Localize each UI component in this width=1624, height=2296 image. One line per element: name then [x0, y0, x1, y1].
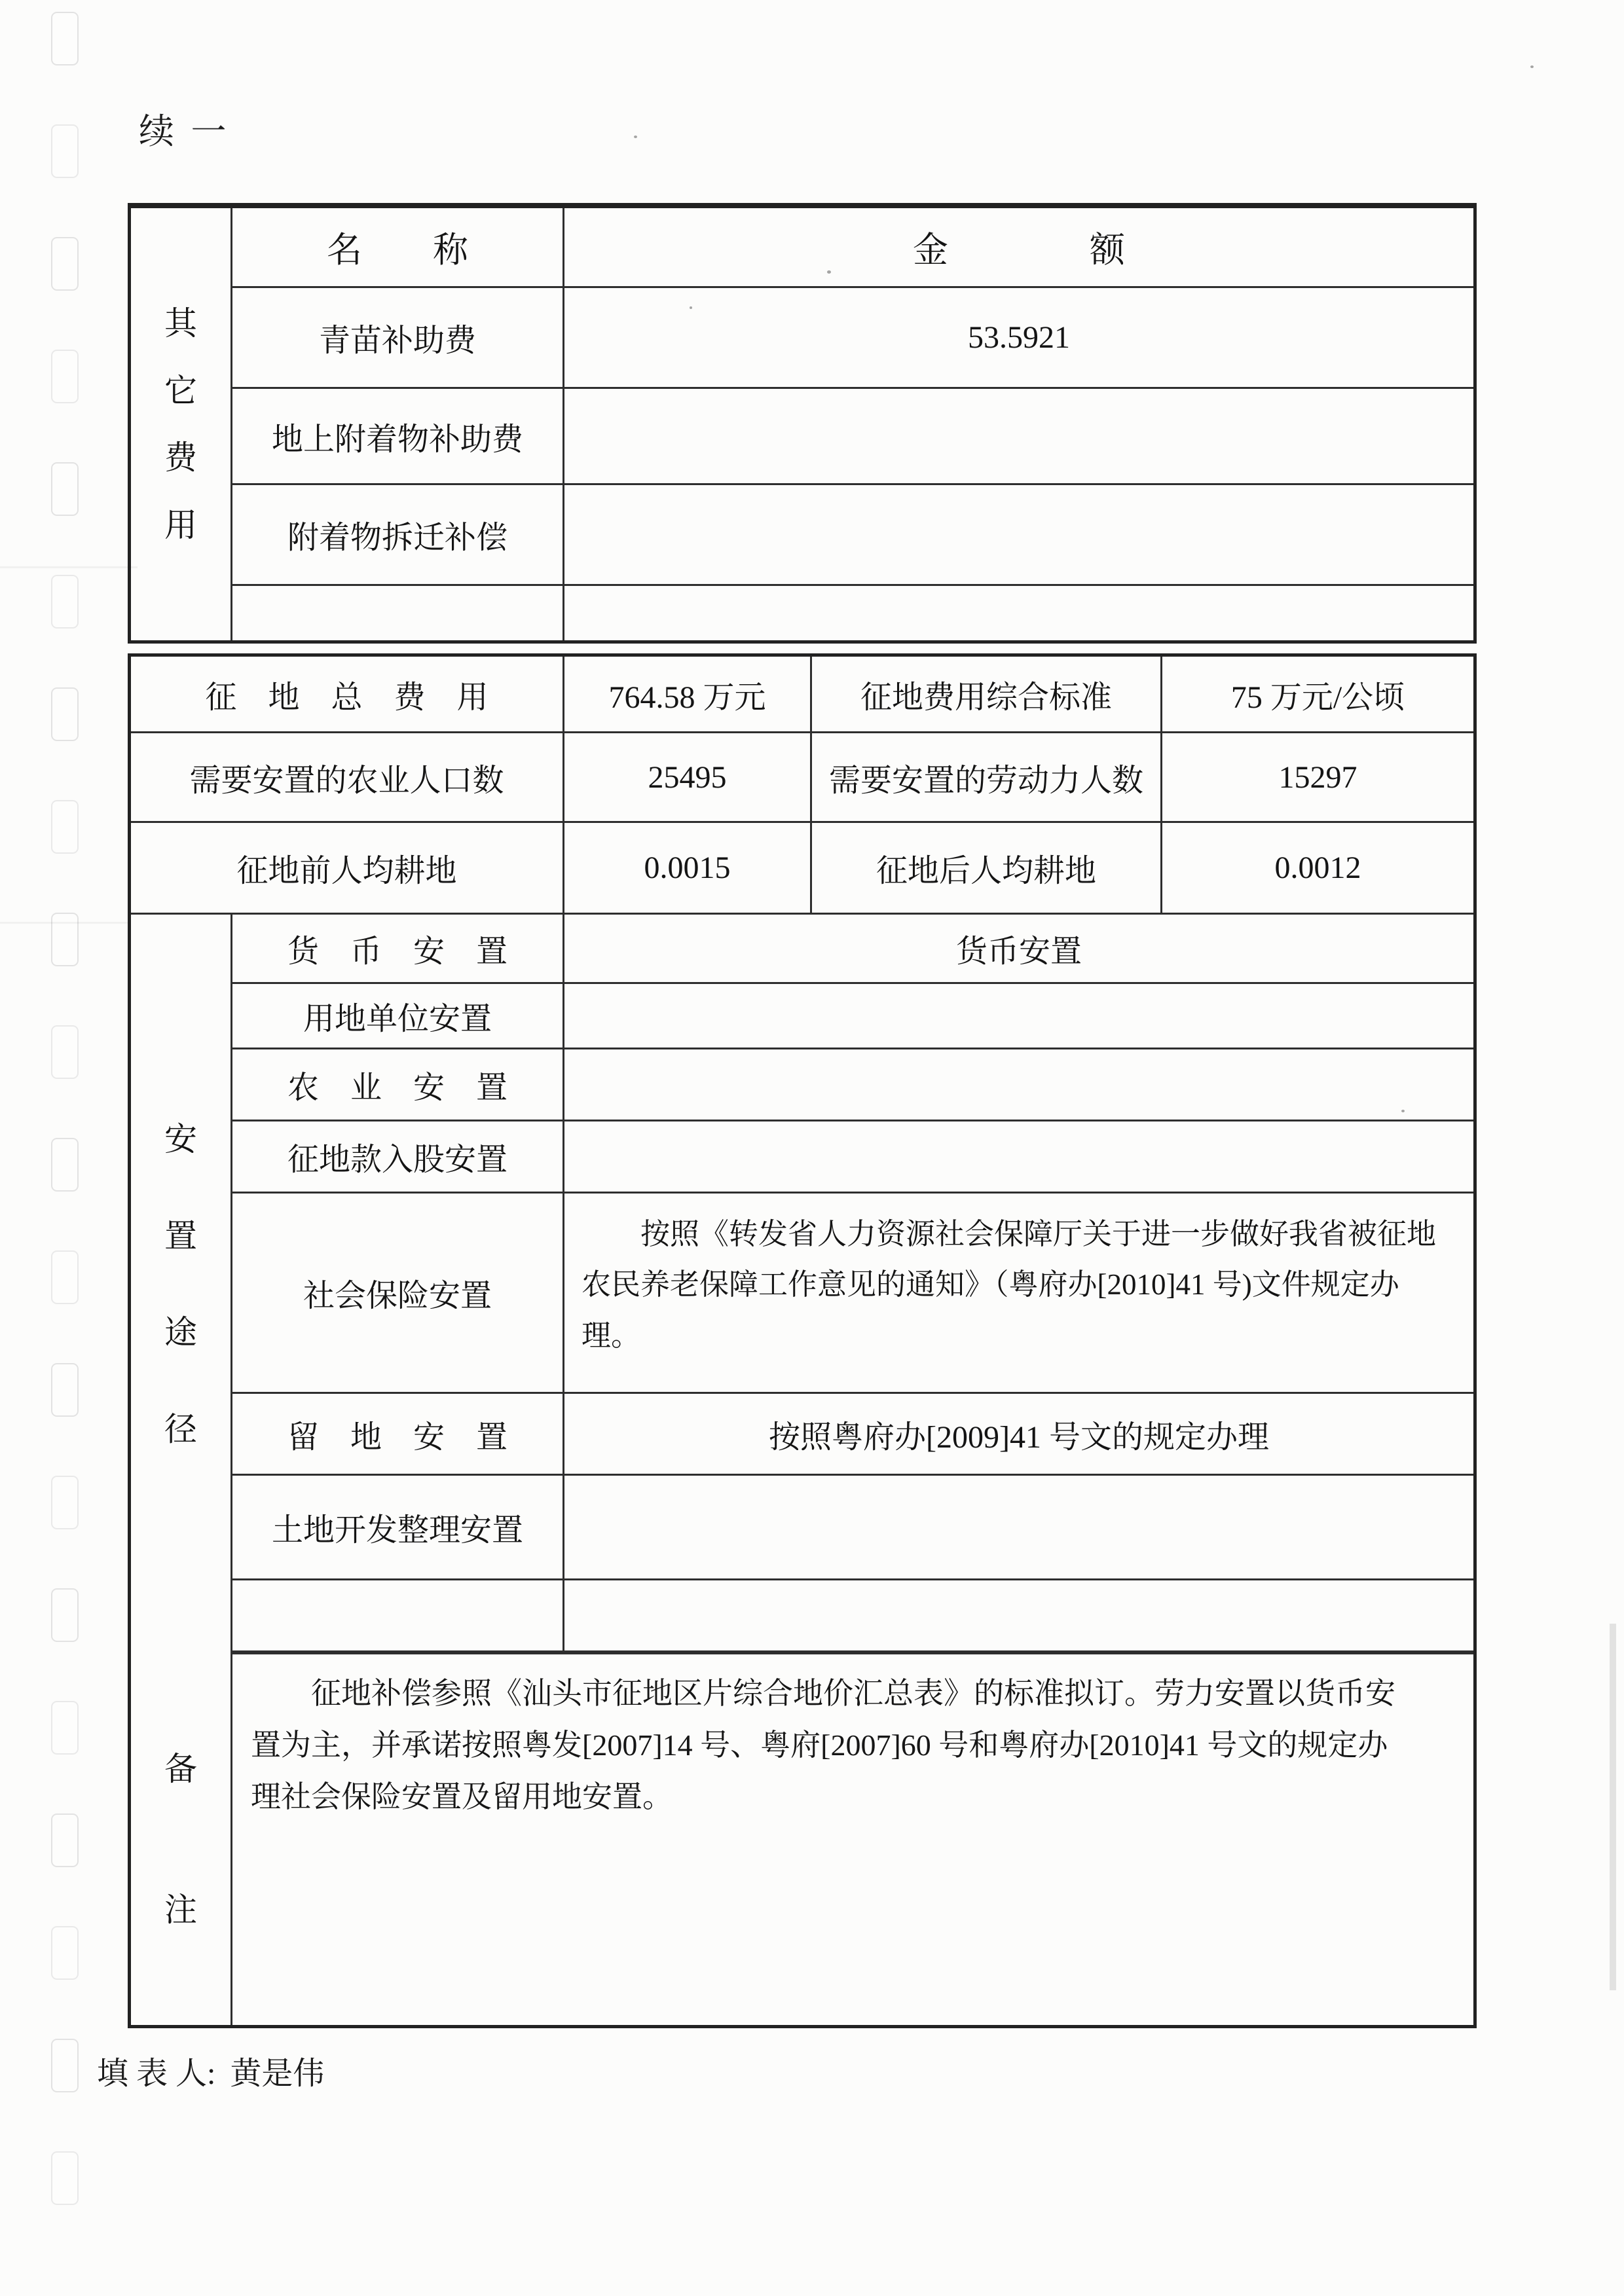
punch-mark [51, 350, 79, 403]
summary-label-cell: 征地后人均耕地 [812, 823, 1162, 913]
scan-streak [0, 566, 138, 568]
punch-mark [51, 237, 79, 291]
resettlement-rows: 货 币 安 置 货币安置 用地单位安置 农 业 安 置 征地款入股安置 社会保险… [232, 915, 1473, 1654]
resettle-row: 留 地 安 置 按照粤府办[2009]41 号文的规定办理 [232, 1394, 1473, 1476]
summary-value-cell: 0.0015 [564, 823, 812, 913]
remarks-text: 征地补偿参照《汕头市征地区片综合地价汇总表》的标准拟订。劳力安置以货币安置为主，… [232, 1654, 1473, 1829]
filler-label: 填 表 人: [97, 2048, 215, 2093]
punch-mark [51, 575, 79, 629]
remarks-body: 征地补偿参照《汕头市征地区片综合地价汇总表》的标准拟订。劳力安置以货币安置为主，… [232, 1654, 1473, 2025]
scan-speck [1530, 65, 1534, 68]
resettle-row [232, 1580, 1473, 1652]
punch-mark [51, 2039, 79, 2092]
summary-label-cell: 征 地 总 费 用 [131, 657, 564, 731]
resettle-value-cell: 按照粤府办[2009]41 号文的规定办理 [564, 1394, 1473, 1474]
resettle-label-cell: 农 业 安 置 [232, 1049, 564, 1120]
summary-value-cell: 0.0012 [1162, 823, 1473, 913]
punch-mark [51, 800, 79, 854]
resettle-row: 用地单位安置 [232, 984, 1473, 1049]
page-continuation-note: 续 一 [139, 103, 231, 154]
punch-mark [51, 1476, 79, 1529]
fee-row [232, 586, 1473, 640]
resettle-row: 征地款入股安置 [232, 1121, 1473, 1194]
summary-row: 需要安置的农业人口数 25495 需要安置的劳动力人数 15297 [131, 733, 1473, 823]
fee-amount-cell [564, 389, 1473, 483]
scanned-form-page: 续 一 其它费用 名 称 金 额 青苗补助费 53.5921 地上附着物补助费 … [0, 0, 1624, 2296]
punch-mark [51, 124, 79, 178]
fee-row: 地上附着物补助费 [232, 389, 1473, 485]
punch-mark [51, 1926, 79, 1980]
remarks-section: 备注 征地补偿参照《汕头市征地区片综合地价汇总表》的标准拟订。劳力安置以货币安置… [131, 1654, 1473, 2025]
resettle-row: 土地开发整理安置 [232, 1476, 1473, 1580]
fee-name-cell: 地上附着物补助费 [232, 389, 564, 483]
other-fees-header-row: 名 称 金 额 [232, 208, 1473, 288]
summary-value-cell: 75 万元/公顷 [1162, 657, 1473, 731]
punch-mark [51, 1701, 79, 1755]
summary-label-cell: 征地费用综合标准 [812, 657, 1162, 731]
punch-mark [51, 462, 79, 516]
header-amount-cell: 金 额 [564, 208, 1473, 286]
summary-row: 征 地 总 费 用 764.58 万元 征地费用综合标准 75 万元/公顷 [131, 657, 1473, 733]
fee-amount-cell [564, 485, 1473, 584]
punch-mark [51, 1813, 79, 1867]
resettle-value-cell: 货币安置 [564, 915, 1473, 982]
summary-label-cell: 需要安置的劳动力人数 [812, 733, 1162, 821]
remarks-group-label: 备注 [164, 1699, 197, 1980]
summary-value-cell: 764.58 万元 [564, 657, 812, 731]
summary-label-cell: 征地前人均耕地 [131, 823, 564, 913]
filler-name: 黄是伟 [230, 2048, 324, 2093]
resettle-value-cell [564, 1121, 1473, 1192]
resettle-label-cell: 土地开发整理安置 [232, 1476, 564, 1578]
resettle-value-cell [564, 1580, 1473, 1650]
scan-speck [634, 136, 637, 138]
fee-name-cell: 附着物拆迁补偿 [232, 485, 564, 584]
punch-mark [51, 1588, 79, 1642]
resettle-label-cell: 征地款入股安置 [232, 1121, 564, 1192]
punch-mark [51, 1138, 79, 1192]
punch-mark [51, 12, 79, 65]
resettlement-group-cell: 安置途径 [131, 915, 232, 1654]
form-filler-line: 填 表 人: 黄是伟 [97, 2048, 324, 2093]
resettle-row: 货 币 安 置 货币安置 [232, 915, 1473, 984]
punch-mark [51, 913, 79, 966]
scan-streak [0, 922, 128, 924]
summary-value-cell: 25495 [564, 733, 812, 821]
other-fees-table: 其它费用 名 称 金 额 青苗补助费 53.5921 地上附着物补助费 附着物拆… [128, 203, 1477, 644]
summary-row: 征地前人均耕地 0.0015 征地后人均耕地 0.0012 [131, 823, 1473, 915]
resettle-value-cell [564, 984, 1473, 1048]
resettle-label-cell: 留 地 安 置 [232, 1394, 564, 1474]
resettle-value-paragraph: 按照《转发省人力资源社会保障厅关于进一步做好我省被征地农民养老保障工作意见的通知… [564, 1194, 1473, 1368]
summary-label-cell: 需要安置的农业人口数 [131, 733, 564, 821]
other-fees-group-cell: 其它费用 [131, 208, 232, 640]
resettlement-section: 安置途径 货 币 安 置 货币安置 用地单位安置 农 业 安 置 征地款入股安置 [131, 915, 1473, 1654]
resettle-label-cell [232, 1580, 564, 1650]
punch-mark [51, 687, 79, 741]
main-table: 征 地 总 费 用 764.58 万元 征地费用综合标准 75 万元/公顷 需要… [128, 653, 1477, 2028]
resettle-value-cell [564, 1049, 1473, 1120]
punch-mark [51, 2151, 79, 2205]
punch-mark [51, 1363, 79, 1417]
resettle-label-cell: 货 币 安 置 [232, 915, 564, 982]
resettle-row: 社会保险安置 按照《转发省人力资源社会保障厅关于进一步做好我省被征地农民养老保障… [232, 1194, 1473, 1394]
fee-name-cell [232, 586, 564, 640]
other-fees-rows: 名 称 金 额 青苗补助费 53.5921 地上附着物补助费 附着物拆迁补偿 [232, 208, 1473, 640]
resettle-value-cell [564, 1476, 1473, 1578]
resettle-label-cell: 用地单位安置 [232, 984, 564, 1048]
fee-name-cell: 青苗补助费 [232, 288, 564, 387]
header-name-cell: 名 称 [232, 208, 564, 286]
resettle-label-cell: 社会保险安置 [232, 1194, 564, 1392]
fee-amount-cell: 53.5921 [564, 288, 1473, 387]
summary-section: 征 地 总 费 用 764.58 万元 征地费用综合标准 75 万元/公顷 需要… [131, 657, 1473, 915]
other-fees-group-label: 其它费用 [164, 290, 197, 558]
punch-mark [51, 1025, 79, 1079]
summary-value-cell: 15297 [1162, 733, 1473, 821]
remarks-group-cell: 备注 [131, 1654, 232, 2025]
resettle-row: 农 业 安 置 [232, 1049, 1473, 1121]
punch-mark [51, 1250, 79, 1304]
fee-row: 青苗补助费 53.5921 [232, 288, 1473, 389]
fee-row: 附着物拆迁补偿 [232, 485, 1473, 586]
scan-edge-shadow [1610, 1624, 1616, 1990]
fee-amount-cell [564, 586, 1473, 640]
resettlement-group-label: 安置途径 [164, 1091, 197, 1478]
